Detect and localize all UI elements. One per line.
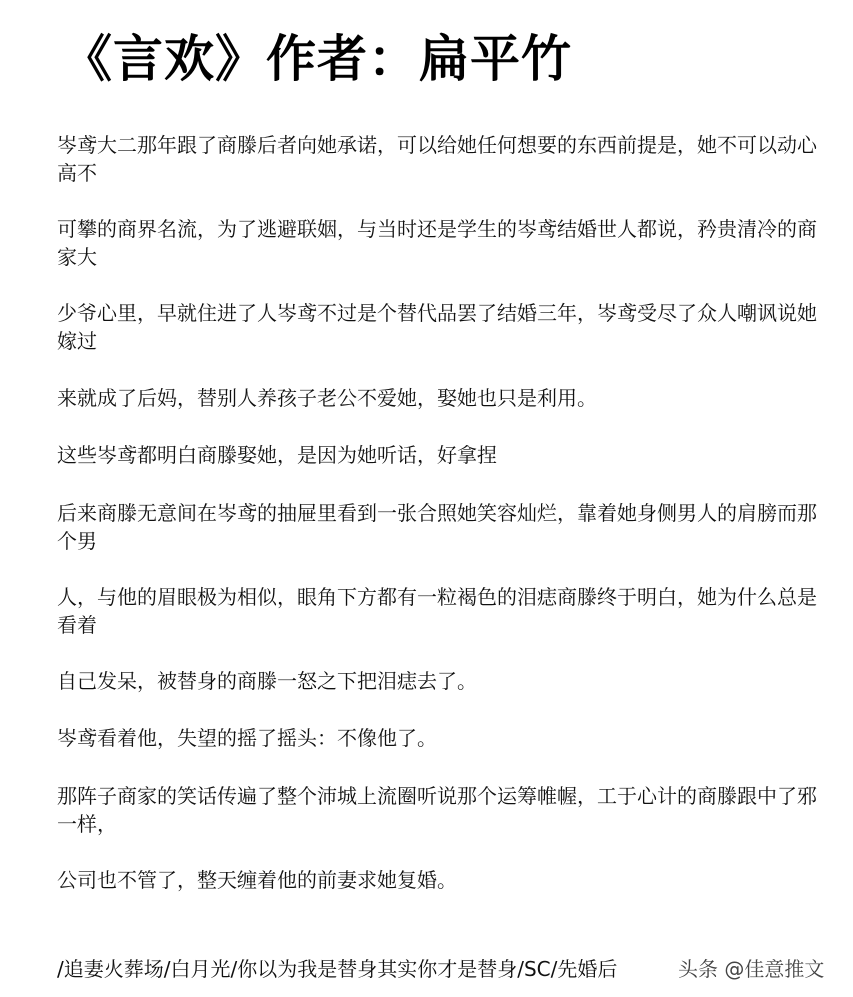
paragraph-3: 少爷心里，早就住进了人岑鸢不过是个替代品罢了结婚三年，岑鸢受尽了众人嘲讽说她嫁过 xyxy=(57,299,827,355)
tags-line: /追妻火葬场/白月光/你以为我是替身其实你才是替身/SC/先婚后 xyxy=(57,955,617,983)
paragraph-6: 后来商滕无意间在岑鸢的抽屉里看到一张合照她笑容灿烂，靠着她身侧男人的肩膀而那个男 xyxy=(57,499,827,555)
paragraph-5: 这些岑鸢都明白商滕娶她，是因为她听话，好拿捏 xyxy=(57,441,827,469)
paragraph-10: 那阵子商家的笑话传遍了整个沛城上流圈听说那个运筹帷幄，工于心计的商滕跟中了邪一样… xyxy=(57,782,827,838)
paragraph-9: 岑鸢看着他，失望的摇了摇头：不像他了。 xyxy=(57,724,827,752)
article-title: 《言欢》作者：扁平竹 xyxy=(62,28,572,90)
paragraph-4: 来就成了后妈，替别人养孩子老公不爱她，娶她也只是利用。 xyxy=(57,384,827,412)
paragraph-11: 公司也不管了，整天缠着他的前妻求她复婚。 xyxy=(57,866,827,894)
paragraph-2: 可攀的商界名流，为了逃避联姻，与当时还是学生的岑鸢结婚世人都说，矜贵清冷的商家大 xyxy=(57,215,827,271)
watermark: 头条 @佳意推文 xyxy=(678,955,824,983)
paragraph-7: 人，与他的眉眼极为相似，眼角下方都有一粒褐色的泪痣商滕终于明白，她为什么总是看着 xyxy=(57,583,827,639)
paragraph-8: 自己发呆，被替身的商滕一怒之下把泪痣去了。 xyxy=(57,667,827,695)
paragraph-1: 岑鸢大二那年跟了商滕后者向她承诺，可以给她任何想要的东西前提是，她不可以动心高不 xyxy=(57,131,827,187)
